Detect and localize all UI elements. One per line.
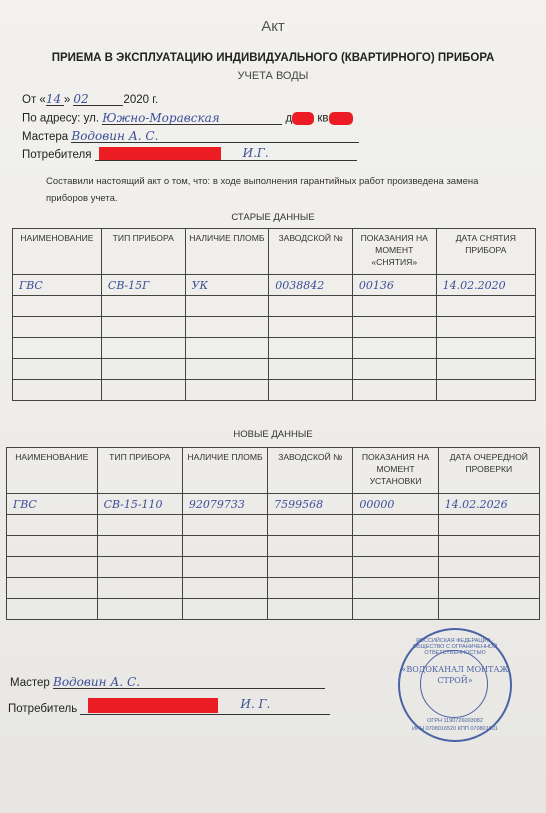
month-value: 02 — [73, 92, 123, 106]
table-cell — [353, 599, 438, 620]
table-cell — [7, 557, 98, 578]
table-cell — [269, 359, 353, 380]
table-cell — [101, 359, 185, 380]
act-subtitle-2: УЧЕТА ВОДЫ — [0, 70, 546, 82]
table-cell: ГВС — [13, 275, 102, 296]
act-title: Акт — [0, 18, 546, 35]
table-cell — [269, 296, 353, 317]
column-header: ЗАВОДСКОЙ № — [269, 229, 353, 275]
table-cell — [268, 536, 353, 557]
table-cell — [101, 380, 185, 401]
column-header: ПОКАЗАНИЯ НА МОМЕНТ «СНЯТИЯ» — [352, 229, 436, 275]
new-data-title: НОВЫЕ ДАННЫЕ — [0, 429, 546, 440]
column-header: ТИП ПРИБОРА — [101, 229, 185, 275]
table-cell — [436, 296, 535, 317]
column-header: ДАТА ОЧЕРЕДНОЙ ПРОВЕРКИ — [438, 448, 539, 494]
table-cell — [97, 557, 182, 578]
table-cell — [13, 317, 102, 338]
table-row — [13, 359, 536, 380]
table-cell: 14.02.2026 — [438, 494, 539, 515]
table-row — [7, 557, 540, 578]
table-cell — [268, 515, 353, 536]
table-row — [13, 296, 536, 317]
table-cell: 7599568 — [268, 494, 353, 515]
table-cell — [13, 296, 102, 317]
signature-consumer-initials: И. Г. — [240, 697, 270, 711]
table-cell — [353, 515, 438, 536]
table-cell — [182, 515, 267, 536]
table-cell: СВ-15-110 — [97, 494, 182, 515]
table-cell — [438, 599, 539, 620]
table-row: ГВССВ-15ГУК00388420013614.02.2020 — [13, 275, 536, 296]
table-cell — [182, 578, 267, 599]
table-row — [7, 599, 540, 620]
table-cell — [352, 317, 436, 338]
table-cell — [352, 380, 436, 401]
table-cell — [185, 296, 269, 317]
table-cell — [182, 536, 267, 557]
table-row — [7, 515, 540, 536]
document-page: Акт ПРИЕМА В ЭКСПЛУАТАЦИЮ ИНДИВИДУАЛЬНОГ… — [0, 0, 546, 813]
table-cell — [436, 317, 535, 338]
table-cell: 0038842 — [269, 275, 353, 296]
table-cell — [438, 536, 539, 557]
column-header: ТИП ПРИБОРА — [97, 448, 182, 494]
table-cell — [97, 599, 182, 620]
table-cell — [7, 578, 98, 599]
table-cell — [268, 578, 353, 599]
table-row — [13, 380, 536, 401]
table-cell — [352, 296, 436, 317]
table-row — [13, 338, 536, 359]
table-cell — [268, 599, 353, 620]
consumer-line: Потребителя И.Г. — [22, 147, 357, 161]
address-line: По адресу: ул. Южно-Моравская д кв — [22, 111, 353, 125]
table-cell — [7, 536, 98, 557]
signature-master-value: Водовин А. С. — [53, 675, 325, 689]
table-row — [7, 578, 540, 599]
column-header: НАЛИЧИЕ ПЛОМБ — [182, 448, 267, 494]
signature-consumer-line: Потребитель И. Г. — [8, 701, 330, 715]
table-cell: 00136 — [352, 275, 436, 296]
table-row — [7, 536, 540, 557]
table-cell — [269, 317, 353, 338]
table-cell: ГВС — [7, 494, 98, 515]
table-cell: СВ-15Г — [101, 275, 185, 296]
company-stamp: РОССИЙСКАЯ ФЕДЕРАЦИЯ · ОБЩЕСТВО С ОГРАНИ… — [398, 628, 512, 742]
table-cell — [352, 359, 436, 380]
table-cell — [101, 338, 185, 359]
table-cell — [353, 557, 438, 578]
table-cell: УК — [185, 275, 269, 296]
table-cell — [269, 338, 353, 359]
column-header: ЗАВОДСКОЙ № — [268, 448, 353, 494]
column-header: НАИМЕНОВАНИЕ — [7, 448, 98, 494]
table-cell: 14.02.2020 — [436, 275, 535, 296]
table-cell — [436, 380, 535, 401]
table-cell: 00000 — [353, 494, 438, 515]
act-subtitle: ПРИЕМА В ЭКСПЛУАТАЦИЮ ИНДИВИДУАЛЬНОГО (К… — [0, 52, 546, 64]
table-cell — [13, 380, 102, 401]
table-cell: 92079733 — [182, 494, 267, 515]
table-cell — [352, 338, 436, 359]
table-cell — [269, 380, 353, 401]
consumer-field: И.Г. — [95, 147, 357, 161]
master-line: Мастера Водовин А. С. — [22, 129, 359, 143]
table-cell — [13, 338, 102, 359]
table-cell — [97, 536, 182, 557]
table-cell — [97, 578, 182, 599]
table-cell — [185, 317, 269, 338]
table-row: ГВССВ-15-1109207973375995680000014.02.20… — [7, 494, 540, 515]
column-header: НАИМЕНОВАНИЕ — [13, 229, 102, 275]
table-cell — [97, 515, 182, 536]
master-value: Водовин А. С. — [71, 129, 359, 143]
redaction-signature — [88, 698, 218, 713]
column-header: ДАТА СНЯТИЯ ПРИБОРА — [436, 229, 535, 275]
old-data-title: СТАРЫЕ ДАННЫЕ — [0, 212, 546, 223]
table-cell — [185, 338, 269, 359]
stamp-company-name: «ВОДОКАНАЛ МОНТАЖ СТРОЙ» — [400, 664, 510, 686]
signature-consumer-field: И. Г. — [80, 701, 330, 715]
table-cell — [101, 317, 185, 338]
day-value: 14 — [46, 92, 64, 106]
old-data-table: НАИМЕНОВАНИЕТИП ПРИБОРАНАЛИЧИЕ ПЛОМБЗАВО… — [12, 228, 536, 401]
table-cell — [353, 578, 438, 599]
date-line: От «14» 022020 г. — [22, 92, 158, 106]
table-cell — [7, 599, 98, 620]
street-value: Южно-Моравская — [102, 111, 282, 125]
table-cell — [436, 359, 535, 380]
table-cell — [13, 359, 102, 380]
redaction-apartment — [329, 112, 353, 125]
table-cell — [353, 536, 438, 557]
table-cell — [101, 296, 185, 317]
table-row — [13, 317, 536, 338]
consumer-initials: И.Г. — [243, 146, 269, 160]
new-data-table: НАИМЕНОВАНИЕТИП ПРИБОРАНАЛИЧИЕ ПЛОМБЗАВО… — [6, 447, 540, 620]
column-header: НАЛИЧИЕ ПЛОМБ — [185, 229, 269, 275]
redaction-consumer — [99, 147, 221, 160]
table-cell — [7, 515, 98, 536]
table-cell — [185, 359, 269, 380]
signature-master-line: Мастер Водовин А. С. — [10, 675, 325, 689]
redaction-house — [292, 112, 314, 125]
table-cell — [268, 557, 353, 578]
table-cell — [438, 578, 539, 599]
table-cell — [438, 515, 539, 536]
table-cell — [182, 599, 267, 620]
column-header: ПОКАЗАНИЯ НА МОМЕНТ УСТАНОВКИ — [353, 448, 438, 494]
table-cell — [182, 557, 267, 578]
table-cell — [436, 338, 535, 359]
table-cell — [438, 557, 539, 578]
act-note: Составили настоящий акт о том, что: в хо… — [46, 173, 516, 207]
table-cell — [185, 380, 269, 401]
